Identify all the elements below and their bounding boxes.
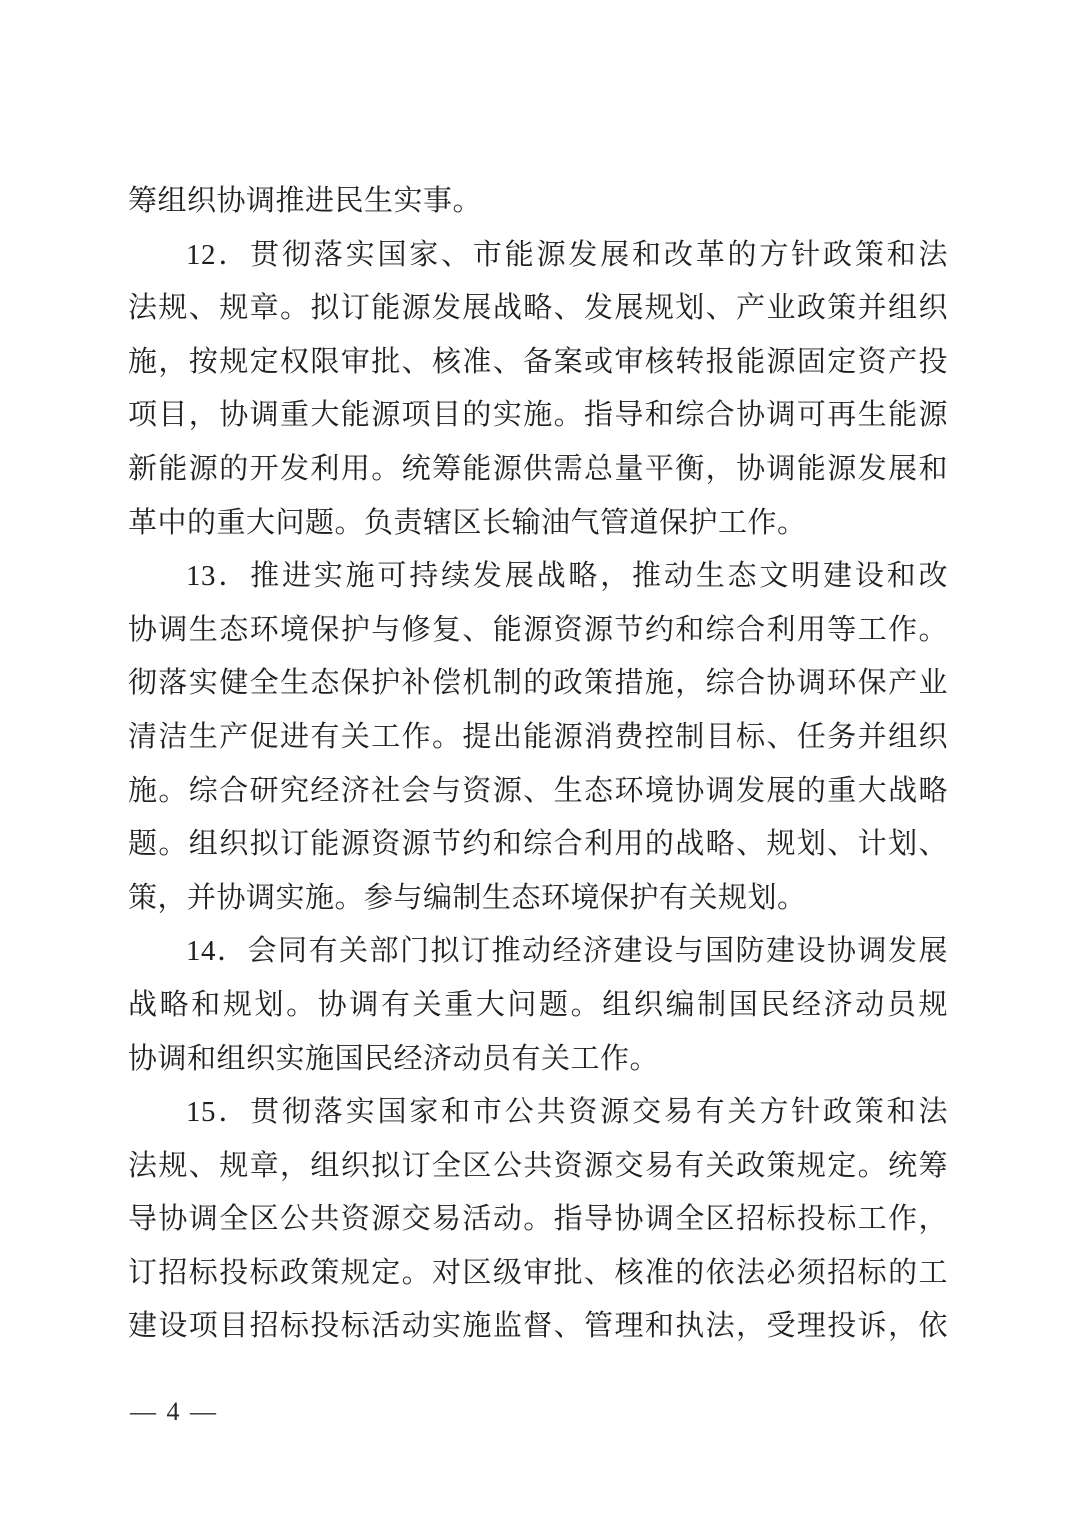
text-line: 项目，协调重大能源项目的实施。指导和综合协调可再生能源和 bbox=[128, 389, 948, 443]
text-line: 战略和规划。协调有关重大问题。组织编制国民经济动员规划。 bbox=[128, 979, 948, 1033]
text-line: 建设项目招标投标活动实施监督、管理和执法，受理投诉，依法 bbox=[128, 1300, 948, 1354]
text-line: 协调和组织实施国民经济动员有关工作。 bbox=[128, 1033, 948, 1087]
text-line: 12．贯彻落实国家、市能源发展和改革的方针政策和法律、 bbox=[128, 229, 948, 283]
text-line: 筹组织协调推进民生实事。 bbox=[128, 175, 948, 229]
text-line: 策，并协调实施。参与编制生态环境保护有关规划。 bbox=[128, 872, 948, 926]
text-line: 13．推进实施可持续发展战略，推动生态文明建设和改革， bbox=[128, 550, 948, 604]
text-line: 彻落实健全生态保护补偿机制的政策措施，综合协调环保产业和 bbox=[128, 657, 948, 711]
text-line: 导协调全区公共资源交易活动。指导协调全区招标投标工作，拟 bbox=[128, 1193, 948, 1247]
document-body: 筹组织协调推进民生实事。12．贯彻落实国家、市能源发展和改革的方针政策和法律、法… bbox=[128, 175, 948, 1354]
text-line: 订招标投标政策规定。对区级审批、核准的依法必须招标的工程 bbox=[128, 1247, 948, 1301]
text-line: 协调生态环境保护与修复、能源资源节约和综合利用等工作。贯 bbox=[128, 604, 948, 658]
document-page: 筹组织协调推进民生实事。12．贯彻落实国家、市能源发展和改革的方针政策和法律、法… bbox=[0, 0, 1075, 1520]
text-line: 施，按规定权限审批、核准、备案或审核转报能源固定资产投资 bbox=[128, 336, 948, 390]
text-line: 15．贯彻落实国家和市公共资源交易有关方针政策和法律、 bbox=[128, 1086, 948, 1140]
text-line: 14．会同有关部门拟订推动经济建设与国防建设协调发展的 bbox=[128, 925, 948, 979]
text-line: 法规、规章，组织拟订全区公共资源交易有关政策规定。统筹指 bbox=[128, 1140, 948, 1194]
text-line: 施。综合研究经济社会与资源、生态环境协调发展的重大战略问 bbox=[128, 765, 948, 819]
text-line: 法规、规章。拟订能源发展战略、发展规划、产业政策并组织实 bbox=[128, 282, 948, 336]
page-number: — 4 — bbox=[130, 1389, 218, 1435]
text-line: 革中的重大问题。负责辖区长输油气管道保护工作。 bbox=[128, 497, 948, 551]
text-line: 题。组织拟订能源资源节约和综合利用的战略、规划、计划、政 bbox=[128, 818, 948, 872]
text-line: 清洁生产促进有关工作。提出能源消费控制目标、任务并组织实 bbox=[128, 711, 948, 765]
text-line: 新能源的开发利用。统筹能源供需总量平衡，协调能源发展和改 bbox=[128, 443, 948, 497]
